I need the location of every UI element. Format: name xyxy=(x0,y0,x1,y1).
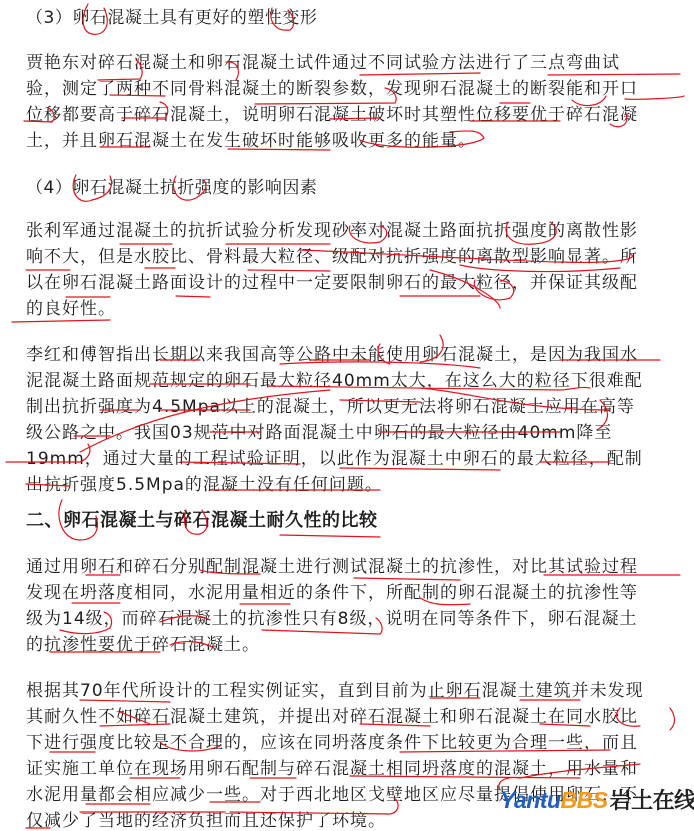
section-heading-durability: 二、卵石混凝土与碎石混凝土耐久性的比较 xyxy=(26,509,378,533)
text-line: 19mm，通过大量的工程试验证明，以此作为混凝土中卵石的最大粒径，配制 xyxy=(26,446,686,472)
text-line: 其耐久性不如碎石混凝土建筑，并提出对碎石混凝土和卵石混凝土在同水胶比 xyxy=(26,704,686,730)
text-line: 土，并且卵石混凝土在发生破坏时能够吸收更多的能量。 xyxy=(26,128,686,154)
paragraph-highway-spec: 李红和傅智指出长期以来我国高等公路中未能使用卵石混凝土，是因为我国水 泥混凝土路… xyxy=(26,342,686,498)
text-line: 的良好性。 xyxy=(26,296,686,322)
text-line: 根据其70年代所设计的工程实例证实，直到目前为止卵石混凝土建筑并未发现 xyxy=(26,678,686,704)
text-line: 验，测定了两种不同骨料混凝土的断裂参数，发现卵石混凝土的断裂能和开口 xyxy=(26,76,686,102)
watermark-yantu: Yantu xyxy=(500,787,561,813)
paragraph-flexural-factors: 张利军通过混凝土的抗折试验分析发现砂率对混凝土路面抗折强度的离散性影 响不大，但… xyxy=(26,218,686,322)
text-line: 响不大，但是水胶比、骨料最大粒径、级配对抗折强度的离散型影响显著。所 xyxy=(26,244,686,270)
text-line: 通过用卵石和碎石分别配制混凝土进行测试混凝土的抗渗性，对比其试验过程 xyxy=(26,554,686,580)
text-line: 位移都要高于碎石混凝土，说明卵石混凝土破坏时其塑性位移要优于碎石混凝 xyxy=(26,102,686,128)
section-heading-3: （3）卵石混凝土具有更好的塑性变形 xyxy=(26,6,317,30)
text-line: 出抗折强度5.5Mpa的混凝土没有任何问题。 xyxy=(26,472,686,498)
text-line: 贾艳东对碎石混凝土和卵石混凝土试件通过不同试验方法进行了三点弯曲试 xyxy=(26,50,686,76)
text-line: 李红和傅智指出长期以来我国高等公路中未能使用卵石混凝土，是因为我国水 xyxy=(26,342,686,368)
text-line: 以在卵石混凝土路面设计的过程中一定要限制卵石的最大粒径，并保证其级配 xyxy=(26,270,686,296)
text-line: 发现在坍落度相同，水泥用量相近的条件下，所配制的卵石混凝土的抗渗性等 xyxy=(26,580,686,606)
text-line: 制出抗折强度为4.5Mpa以上的混凝土，所以更无法将卵石混凝土应用在高等 xyxy=(26,394,686,420)
text-line: 泥混凝土路面规范规定的卵石最大粒径40mm太大，在这么大的粒径下很难配 xyxy=(26,368,686,394)
text-line: 的抗渗性要优于碎石混凝土。 xyxy=(26,632,686,658)
text-line: 证实施工单位在现场用卵石配制与碎石混凝土相同坍落度的混凝土，用水量和 xyxy=(26,756,686,782)
site-watermark: YantuBBS岩土在线 xyxy=(500,784,694,810)
paragraph-impermeability: 通过用卵石和碎石分别配制混凝土进行测试混凝土的抗渗性，对比其试验过程 发现在坍落… xyxy=(26,554,686,658)
section-heading-4: （4）卵石混凝土抗折强度的影响因素 xyxy=(26,176,317,200)
text-line: 级公路之中。我国03规范中对路面混凝土中卵石的最大粒径由40mm降至 xyxy=(26,420,686,446)
text-line: 下进行强度比较是不合理的，应该在同坍落度条件下比较更为合理一些，而且 xyxy=(26,730,686,756)
watermark-cn: 岩土在线 xyxy=(610,788,694,813)
paragraph-plastic-deformation: 贾艳东对碎石混凝土和卵石混凝土试件通过不同试验方法进行了三点弯曲试 验，测定了两… xyxy=(26,50,686,154)
text-line: 张利军通过混凝土的抗折试验分析发现砂率对混凝土路面抗折强度的离散性影 xyxy=(26,218,686,244)
text-line: 级为14级，而碎石混凝土的抗渗性只有8级，说明在同等条件下，卵石混凝土 xyxy=(26,606,686,632)
watermark-bbs: BBS xyxy=(561,787,608,813)
